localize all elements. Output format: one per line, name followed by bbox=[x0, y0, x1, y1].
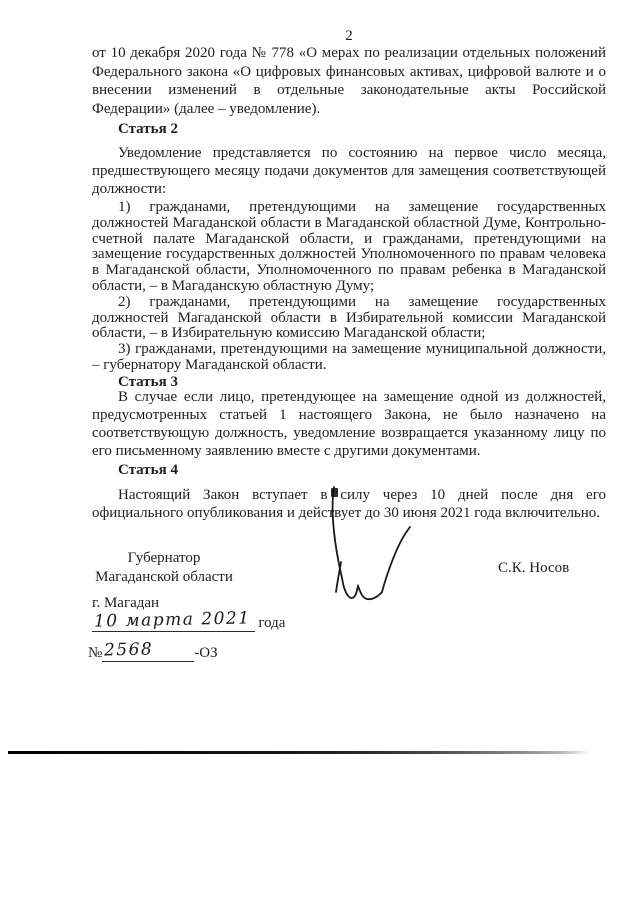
paragraph: Настоящий Закон вступает в силу через 10… bbox=[92, 486, 606, 522]
paragraph: от 10 декабря 2020 года № 778 «О мерах п… bbox=[92, 44, 606, 118]
signatory-name: С.К. Носов bbox=[498, 559, 608, 578]
list-item-2: 2) гражданами, претендующими на замещени… bbox=[92, 295, 606, 342]
article-2-intro: Уведомление представляется по состоянию … bbox=[92, 144, 606, 199]
issuance-date-row: 10 марта 2021 года bbox=[92, 610, 285, 632]
number-prefix: № bbox=[88, 645, 102, 661]
list-item-1: 1) гражданами, претендующими на замещени… bbox=[92, 200, 606, 295]
article-2-heading: Статья 2 bbox=[92, 120, 606, 139]
bottom-separator-line bbox=[8, 751, 590, 754]
intro-paragraph: от 10 декабря 2020 года № 778 «О мерах п… bbox=[92, 44, 606, 118]
page-number: 2 bbox=[92, 28, 606, 45]
paragraph: Уведомление представляется по состоянию … bbox=[92, 144, 606, 199]
article-2-list: 1) гражданами, претендующими на замещени… bbox=[92, 200, 606, 374]
scanned-law-page: 2 от 10 декабря 2020 года № 778 «О мерах… bbox=[0, 0, 640, 905]
issuance-number-row: №2568-ОЗ bbox=[88, 640, 218, 662]
paragraph: В случае если лицо, претендующее на заме… bbox=[92, 389, 606, 461]
article-4-heading: Статья 4 bbox=[92, 461, 606, 480]
article-3-body: В случае если лицо, претендующее на заме… bbox=[92, 389, 606, 461]
handwritten-number: 2568 bbox=[104, 639, 154, 660]
list-item-3: 3) гражданами, претендующими на замещени… bbox=[92, 342, 606, 374]
date-suffix: года bbox=[258, 615, 285, 631]
signature-position-block: Губернатор Магаданской области bbox=[84, 549, 244, 586]
number-suffix: -ОЗ bbox=[194, 645, 217, 661]
article-4-body: Настоящий Закон вступает в силу через 10… bbox=[92, 486, 606, 522]
signature-position-line1: Губернатор bbox=[84, 549, 244, 568]
handwritten-date: 10 марта 2021 bbox=[94, 608, 251, 631]
date-rule-line: 10 марта 2021 bbox=[92, 610, 255, 632]
signature-position-line2: Магаданской области bbox=[84, 568, 244, 587]
number-rule-line: 2568 bbox=[102, 640, 194, 662]
